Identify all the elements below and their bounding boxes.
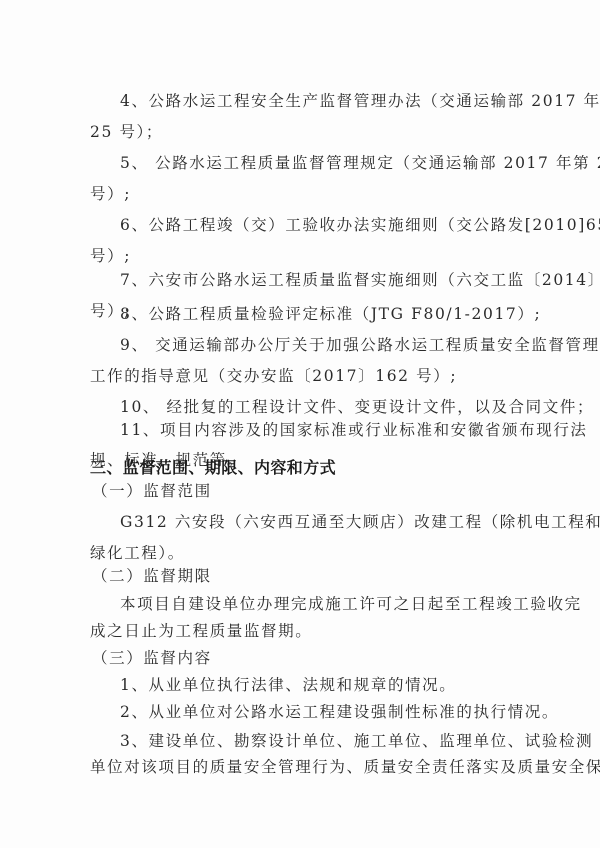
content-heading: （三）监督内容: [92, 648, 532, 668]
scope-line1: G312 六安段（六安西互通至大顾店）改建工程（除机电工程和: [120, 512, 530, 532]
item-10-line1: 10、 经批复的工程设计文件、变更设计文件，以及合同文件；: [120, 397, 530, 417]
item-6-line2: 号）;: [90, 246, 530, 266]
item-7-line1: 7、六安市公路水运工程质量监督实施细则（六交工监〔2014〕5: [120, 270, 530, 290]
period-heading: （二）监督期限: [92, 566, 532, 586]
scope-heading: （一）监督范围: [92, 481, 532, 501]
item-9-line1: 9、 交通运输部办公厅关于加强公路水运工程质量安全监督管理: [120, 335, 530, 355]
item-5-line1: 5、 公路水运工程质量监督管理规定（交通运输部 2017 年第 28: [120, 153, 530, 173]
period-line1: 本项目自建设单位办理完成施工许可之日起至工程竣工验收完: [120, 594, 530, 614]
item-5-line2: 号）;: [90, 184, 530, 204]
content-item-3-line1: 3、建设单位、勘察设计单位、施工单位、监理单位、试验检测: [120, 731, 530, 751]
item-6-line1: 6、公路工程竣（交）工验收办法实施细则（交公路发[2010]65: [120, 215, 530, 235]
period-line2: 成之日止为工程质量监督期。: [90, 621, 530, 641]
item-11-line1: 11、项目内容涉及的国家标准或行业标准和安徽省颁布现行法: [120, 420, 530, 440]
document-page: 4、公路水运工程安全生产监督管理办法（交通运输部 2017 年第 25 号）； …: [0, 0, 600, 848]
content-item-3-line2: 单位对该项目的质量安全管理行为、质量安全责任落实及质量安全保: [90, 757, 530, 777]
item-4-line1: 4、公路水运工程安全生产监督管理办法（交通运输部 2017 年第: [120, 91, 530, 111]
item-9-line2: 工作的指导意见（交办安监〔2017〕162 号）;: [90, 366, 530, 386]
item-4-line2: 25 号）；: [90, 122, 530, 142]
section-3-heading: 三、监督范围、期限、内容和方式: [90, 458, 530, 478]
scope-line2: 绿化工程）。: [90, 543, 530, 563]
content-item-2: 2、从业单位对公路水运工程建设强制性标准的执行情况。: [120, 702, 530, 722]
item-8-line1: 8、公路工程质量检验评定标准（JTG F80/1-2017）;: [120, 304, 530, 324]
content-item-1: 1、从业单位执行法律、法规和规章的情况。: [120, 675, 530, 695]
